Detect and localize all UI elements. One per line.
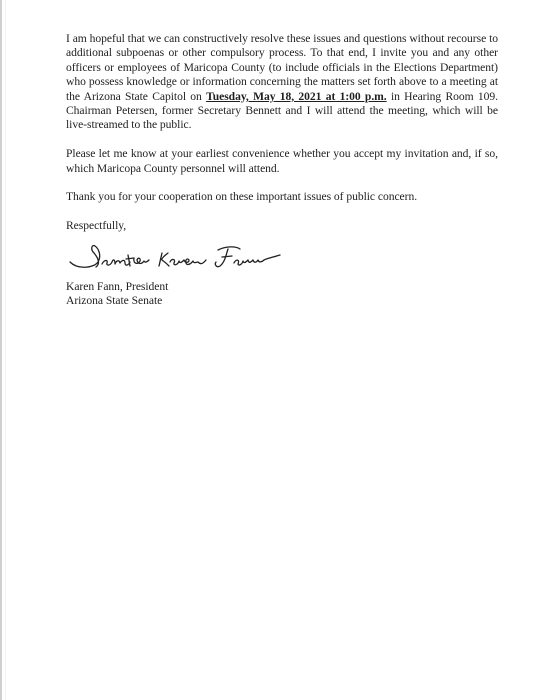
letter-body: I am hopeful that we can constructively … [66,32,498,308]
paragraph-meeting-invitation: I am hopeful that we can constructively … [66,32,498,133]
signature-ink-icon [68,240,283,274]
paragraph-thanks: Thank you for your cooperation on these … [66,190,498,204]
signer-name-title: Karen Fann, President [66,280,498,294]
page-edge-border [0,0,2,700]
signer-organization: Arizona State Senate [66,294,498,308]
paragraph-rsvp-request: Please let me know at your earliest conv… [66,147,498,176]
handwritten-signature [66,236,498,280]
meeting-datetime: Tuesday, May 18, 2021 at 1:00 p.m. [206,90,387,103]
closing-salutation: Respectfully, [66,219,498,233]
page-edge-shadow [5,0,6,700]
